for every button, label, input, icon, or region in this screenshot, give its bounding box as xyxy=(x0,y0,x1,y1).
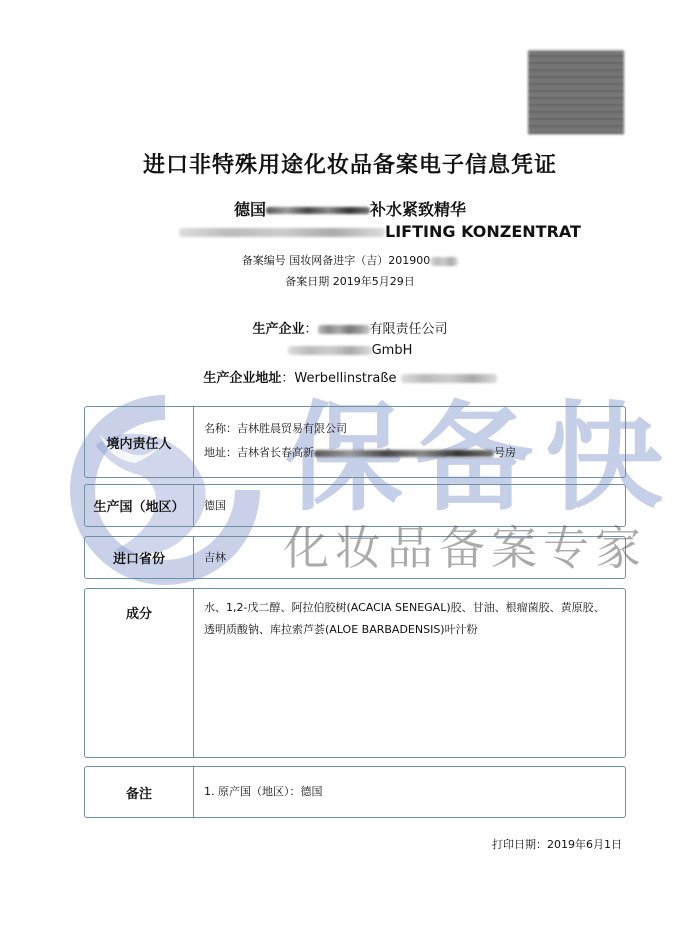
import-province-value: 吉林 xyxy=(194,537,625,578)
redacted-text xyxy=(314,450,494,457)
redacted-text xyxy=(266,207,370,214)
origin-country-value: 德国 xyxy=(194,485,625,526)
qr-code-icon xyxy=(528,50,624,134)
remarks-label: 备注 xyxy=(85,767,194,817)
remarks-row: 备注 1. 原产国（地区）：德国 xyxy=(84,766,626,818)
redacted-text xyxy=(179,228,385,237)
registration-date: 备案日期 2019年5月29日 xyxy=(0,273,700,289)
redacted-text xyxy=(401,374,497,383)
origin-country-row: 生产国（地区） 德国 xyxy=(84,484,626,527)
registration-number: 备案编号 国妆网备进字（吉）201900 xyxy=(0,252,700,268)
ingredients-value: 水、1,2-戊二醇、阿拉伯胶树(ACACIA SENEGAL)胶、甘油、根瘤菌胶… xyxy=(194,589,625,757)
responsible-party-row: 境内责任人 名称：吉林胜晨贸易有限公司 地址：吉林省长春高新号房 xyxy=(84,406,626,478)
print-date: 打印日期：2019年6月1日 xyxy=(492,836,622,852)
import-province-label: 进口省份 xyxy=(85,537,194,578)
manufacturer-name-en: GmbH xyxy=(0,343,700,358)
product-name-en: LIFTING KONZENTRAT xyxy=(0,222,700,241)
origin-country-label: 生产国（地区） xyxy=(85,485,194,526)
manufacturer-address: 生产企业地址：Werbellinstraße xyxy=(0,367,700,386)
redacted-text xyxy=(430,257,458,266)
import-province-row: 进口省份 吉林 xyxy=(84,536,626,579)
remarks-value: 1. 原产国（地区）：德国 xyxy=(194,767,625,817)
ingredients-label: 成分 xyxy=(85,589,194,757)
manufacturer-name-cn: 生产企业：有限责任公司 xyxy=(0,318,700,337)
product-name-cn: 德国补水紧致精华 xyxy=(0,197,700,220)
document-title: 进口非特殊用途化妆品备案电子信息凭证 xyxy=(0,148,700,179)
responsible-party-label: 境内责任人 xyxy=(85,407,194,477)
redacted-text xyxy=(318,325,370,334)
responsible-party-value: 名称：吉林胜晨贸易有限公司 地址：吉林省长春高新号房 xyxy=(194,407,625,477)
ingredients-row: 成分 水、1,2-戊二醇、阿拉伯胶树(ACACIA SENEGAL)胶、甘油、根… xyxy=(84,588,626,758)
redacted-text xyxy=(288,346,372,355)
